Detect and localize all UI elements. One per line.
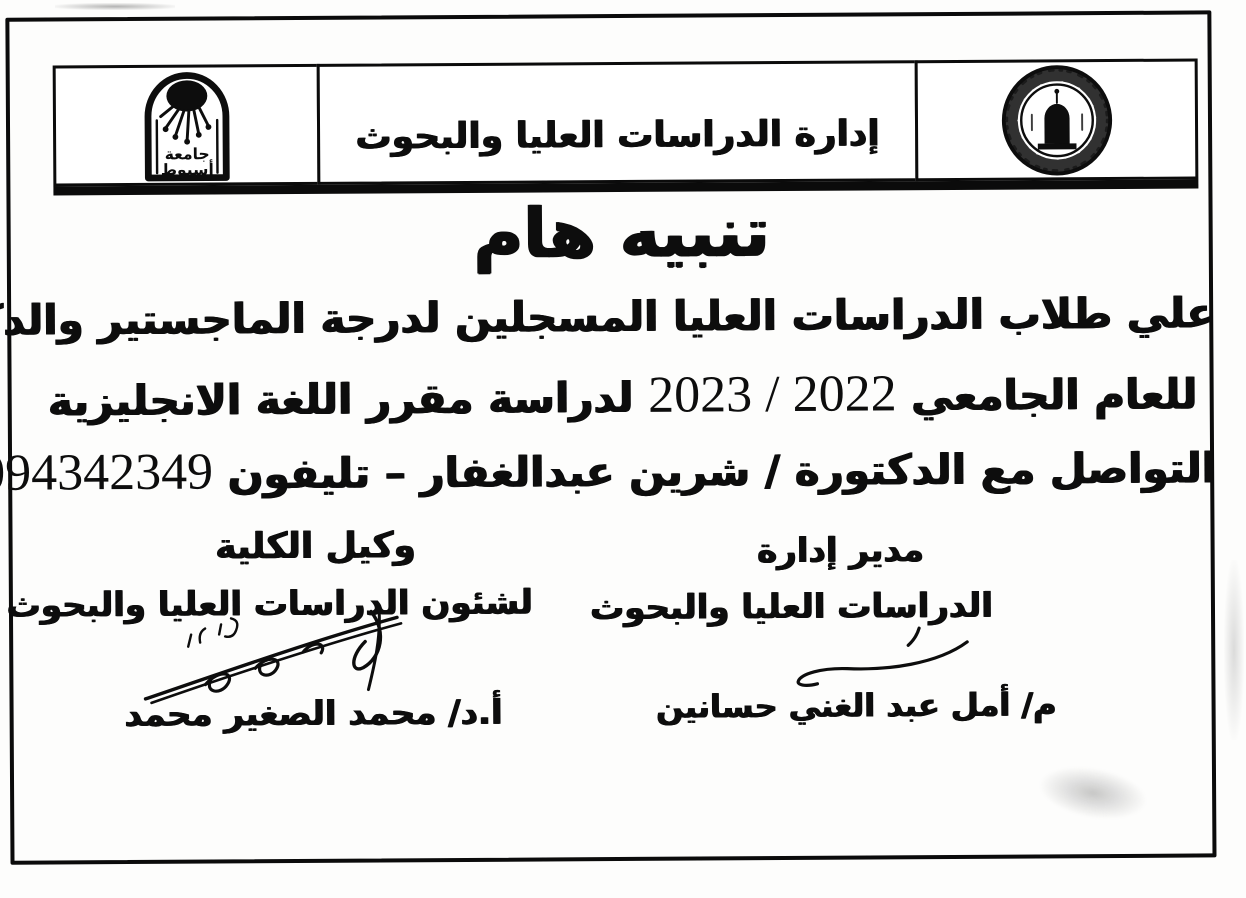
- vice-dean-title-line1: وكيل الكلية: [115, 525, 515, 568]
- handwritten-date-marks: [188, 618, 237, 646]
- logo-caption-line2: أسيوط: [160, 159, 213, 178]
- contact-text: التواصل مع الدكتورة / شرين عبدالغفار – ت…: [228, 443, 1217, 498]
- notice-line3: التواصل مع الدكتورة / شرين عبدالغفار – ت…: [30, 436, 1216, 502]
- faculty-round-seal-icon: [998, 61, 1115, 178]
- director-name: م/ أمل عبد الغني حسانين: [656, 685, 1056, 725]
- scanned-notice-document: جامعة أسيوط إدارة الدراسات العليا والبحو…: [0, 0, 1246, 898]
- notice-line2-prefix: للعام الجامعي: [911, 369, 1198, 420]
- notice-line1: علي طلاب الدراسات العليا المسجلين لدرجة …: [29, 288, 1215, 344]
- director-title-line1: مدير إدارة: [641, 529, 1041, 571]
- university-logo-box: جامعة أسيوط: [53, 64, 321, 187]
- faculty-seal-box: [915, 58, 1199, 181]
- header-title-box: إدارة الدراسات العليا والبحوث: [317, 60, 919, 185]
- academic-year: 2022 / 2023: [648, 365, 897, 424]
- vice-dean-name: أ.د/ محمد الصغير محمد: [113, 693, 513, 735]
- director-signature: [769, 622, 981, 691]
- assiut-university-logo-icon: جامعة أسيوط: [136, 69, 237, 182]
- department-title: إدارة الدراسات العليا والبحوث: [355, 113, 879, 157]
- notice-title: تنبيه هام: [0, 190, 1245, 277]
- document-header: جامعة أسيوط إدارة الدراسات العليا والبحو…: [53, 58, 1199, 186]
- phone-number: 01094342349: [0, 444, 213, 503]
- notice-line2-suffix: لدراسة مقرر اللغة الانجليزية: [48, 373, 634, 426]
- notice-line2: للعام الجامعي 2022 / 2023 لدراسة مقرر ال…: [30, 362, 1216, 428]
